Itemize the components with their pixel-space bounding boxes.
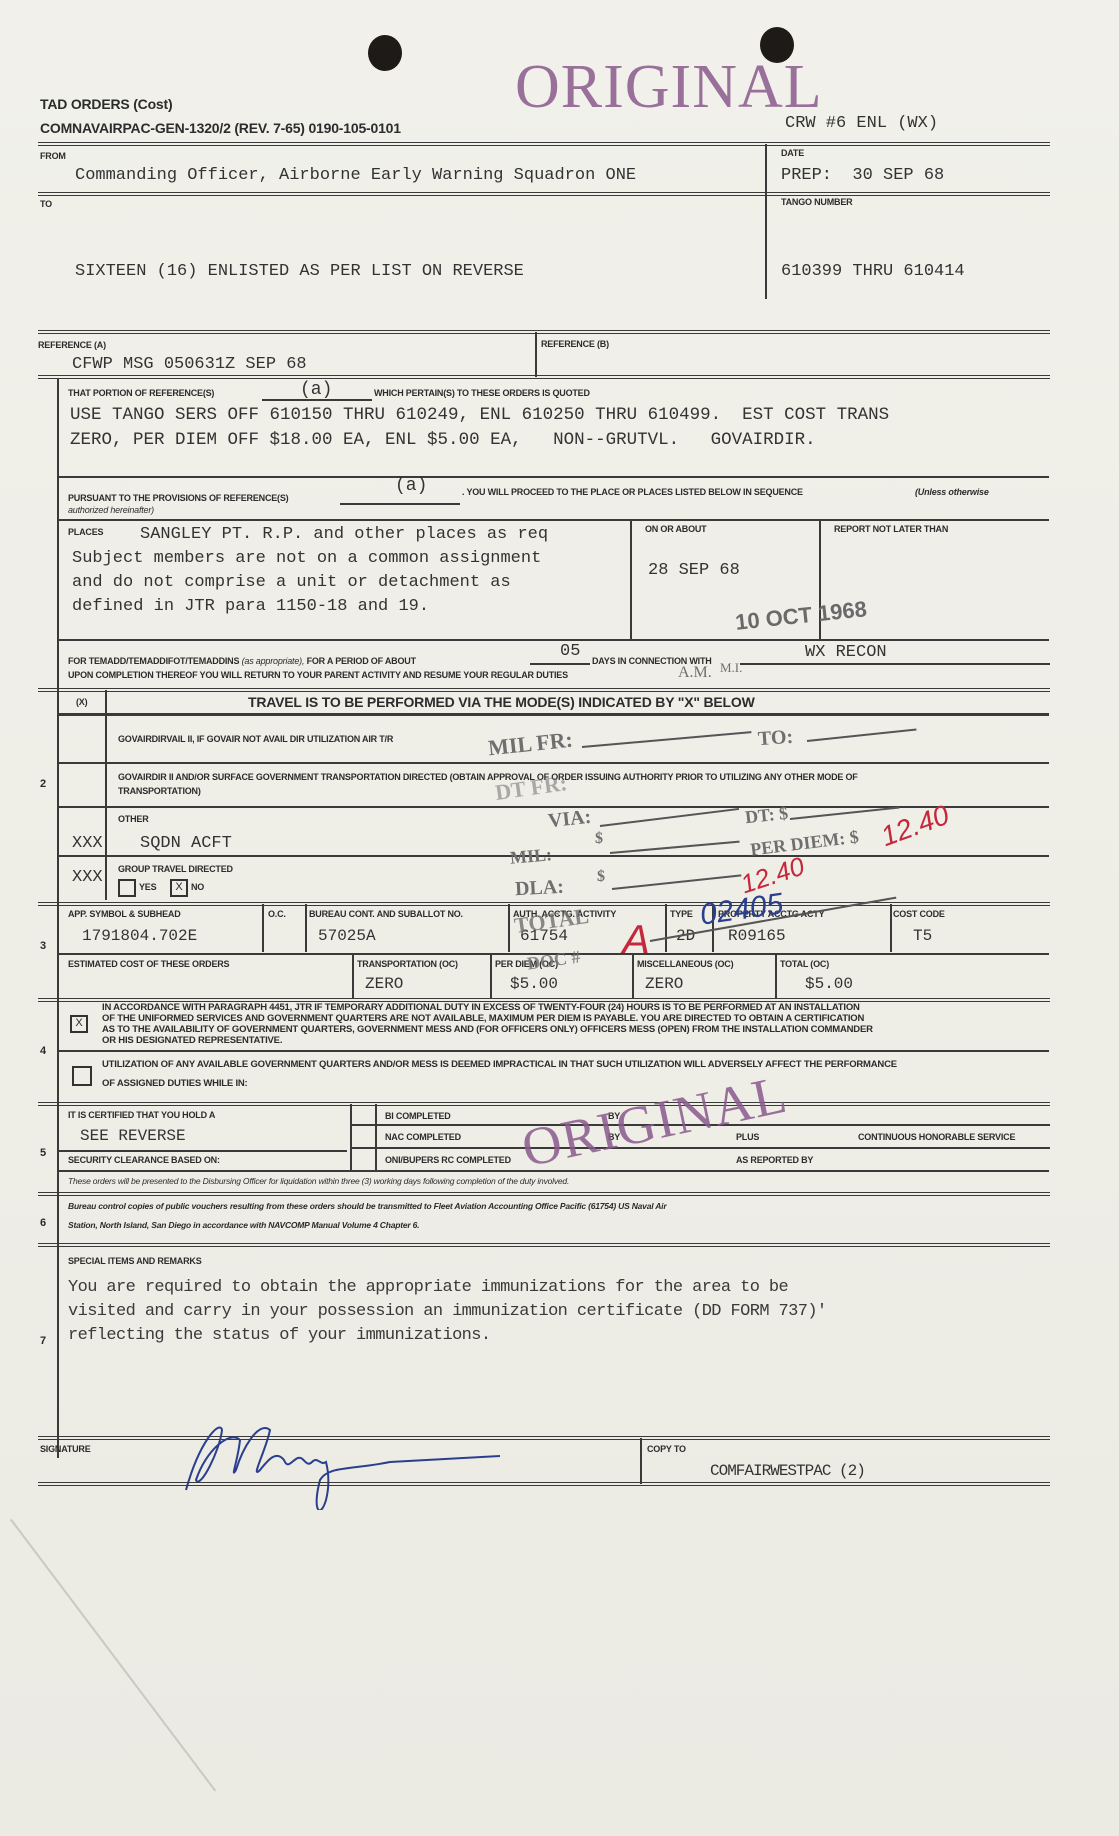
- per-diem-value[interactable]: $5.00: [510, 975, 558, 993]
- transportation-value[interactable]: ZERO: [365, 975, 403, 993]
- cost-code-value[interactable]: T5: [913, 927, 932, 945]
- quoted-line-2: ZERO, PER DIEM OFF $18.00 EA, ENL $5.00 …: [70, 430, 816, 450]
- divider: [57, 762, 1049, 764]
- travel-row-4-label: GROUP TRAVEL DIRECTED: [118, 864, 233, 874]
- property-acctg-value[interactable]: R09165: [728, 927, 786, 945]
- pursuant-label-1: PURSUANT TO THE PROVISIONS OF REFERENCE(…: [68, 493, 288, 503]
- blank-line: [582, 731, 752, 748]
- reference-a-label: REFERENCE (a): [38, 340, 106, 350]
- divider: [57, 476, 1049, 478]
- stamp-dla: DLA:: [514, 876, 564, 902]
- remarks-label: SPECIAL ITEMS AND REMARKS: [68, 1256, 202, 1266]
- portion-label-2: WHICH PERTAIN(S) TO THESE ORDERS IS QUOT…: [374, 388, 590, 398]
- divider: [57, 639, 1049, 641]
- divider: [262, 904, 264, 952]
- group-travel-no-checkbox[interactable]: X: [170, 879, 188, 897]
- form-number: COMNAVAIRPAC-GEN-1320/2 (REV. 7-65) 0190…: [40, 120, 401, 136]
- travel-row-3-label: OTHER: [118, 814, 149, 824]
- travel-heading: TRAVEL IS TO BE PERFORMED VIA THE MODE(S…: [248, 694, 755, 710]
- stamp-mil: MIL:: [509, 844, 553, 869]
- divider: [57, 1150, 347, 1152]
- blank-line: [600, 808, 739, 827]
- divider: [38, 1192, 1050, 1198]
- tango-label: TANGO NUMBER: [781, 197, 852, 207]
- copy-to-value[interactable]: COMFAIRWESTPAC (2): [710, 1462, 865, 1480]
- tango-value[interactable]: 610399 THRU 610414: [781, 262, 965, 281]
- quarters-impractical-checkbox[interactable]: [72, 1066, 92, 1086]
- period-label-1: FOR TEMADD/TEMADDIFOT/TEMADDINS: [68, 656, 239, 666]
- blank-line: [610, 841, 740, 854]
- divider: [535, 332, 537, 377]
- divider: [57, 519, 1049, 521]
- report-not-later-label: REPORT NOT LATER THAN: [834, 524, 948, 534]
- stamp-mil-amount: $: [595, 830, 603, 848]
- divider: [38, 375, 1050, 381]
- quarters-para-1-line-2: OF THE UNIFORMED SERVICES AND GOVERNMENT…: [102, 1013, 864, 1024]
- oni-bupers-label: ONI/BUPERS RC COMPLETED: [385, 1155, 511, 1165]
- blank-line: [612, 874, 741, 890]
- divider: [350, 1147, 1050, 1149]
- stamp-dt: DT: $: [744, 803, 789, 828]
- no-label: NO: [191, 882, 204, 892]
- places-line-2: Subject members are not on a common assi…: [72, 549, 541, 568]
- signature-scribble-icon: [180, 1410, 500, 1510]
- pursuant-label-3: (Unless otherwise: [915, 487, 989, 497]
- punch-hole-left: [368, 35, 402, 71]
- section-number-7: 7: [40, 1335, 46, 1347]
- certified-label: IT IS CERTIFIED THAT YOU HOLD A: [68, 1110, 215, 1120]
- period-label-2: FOR A PERIOD OF ABOUT: [307, 656, 416, 666]
- quarters-para-1-line-4: OR HIS DESIGNATED REPRESENTATIVE.: [102, 1035, 282, 1046]
- pursuant-label-2: . YOU WILL PROCEED TO THE PLACE OR PLACE…: [462, 487, 803, 497]
- bureau-control-line-2: Station, North Island, San Diego in acco…: [68, 1220, 419, 1230]
- type-label: TYPE: [670, 909, 693, 919]
- quarters-para-1-line-3: AS TO THE AVAILABILITY OF GOVERNMENT QUA…: [102, 1024, 873, 1035]
- quarters-para-2-line-2: OF ASSIGNED DUTIES WHILE IN:: [102, 1078, 248, 1089]
- bureau-label: BUREAU CONT. AND SUBALLOT NO.: [309, 909, 463, 919]
- divider: [57, 713, 1049, 716]
- to-value[interactable]: SIXTEEN (16) ENLISTED AS PER LIST ON REV…: [75, 262, 524, 281]
- divider: [57, 1050, 1049, 1052]
- group-travel-yes-checkbox[interactable]: [118, 879, 136, 897]
- section-number-5: 5: [40, 1147, 46, 1159]
- continuous-service-label: CONTINUOUS HONORABLE SERVICE: [858, 1132, 1015, 1142]
- from-value[interactable]: Commanding Officer, Airborne Early Warni…: [75, 166, 636, 185]
- stamp-to: TO:: [757, 726, 794, 751]
- divider: [775, 953, 777, 999]
- period-label: FOR TEMADD/TEMADDIFOT/TEMADDINS (as appr…: [68, 656, 416, 666]
- divider: [350, 1104, 352, 1170]
- quarters-availability-checkbox[interactable]: X: [70, 1015, 88, 1033]
- places-line-3: and do not comprise a unit or detachment…: [72, 573, 511, 592]
- copy-to-label: COPY TO: [647, 1444, 686, 1454]
- quoted-line-1: USE TANGO SERS OFF 610150 THRU 610249, E…: [70, 405, 889, 425]
- est-cost-label: ESTIMATED COST OF THESE ORDERS: [68, 959, 229, 969]
- section-number-3: 3: [40, 940, 46, 952]
- divider: [630, 519, 632, 639]
- reference-a-label-text: REFERENCE (a): [38, 340, 106, 350]
- stamp-dla-amount: $: [597, 868, 605, 886]
- certified-value[interactable]: SEE REVERSE: [80, 1127, 186, 1145]
- crew-note: CRW #6 ENL (WX): [785, 114, 938, 133]
- divider: [38, 192, 1050, 198]
- reference-a-value[interactable]: CFWP MSG 050631Z SEP 68: [72, 355, 307, 374]
- portion-label-1: THAT PORTION OF REFERENCE(S): [68, 388, 214, 398]
- blank-line: [790, 807, 900, 820]
- handwritten-a-mark: A: [622, 916, 650, 964]
- divider: [490, 953, 492, 999]
- divider: [352, 953, 354, 999]
- signature-field[interactable]: [180, 1410, 500, 1510]
- signature-label: SIGNATURE: [40, 1444, 91, 1454]
- divider: [38, 902, 1050, 908]
- stamp-mil-fr: MIL FR:: [487, 727, 574, 762]
- divider: [632, 953, 634, 999]
- divider: [665, 904, 667, 952]
- based-on-label: SECURITY CLEARANCE BASED ON:: [68, 1155, 220, 1165]
- to-label: TO: [40, 199, 52, 209]
- remarks-line-1: You are required to obtain the appropria…: [68, 1276, 827, 1300]
- am-mark: A.M.: [678, 664, 712, 682]
- underline: [740, 663, 1050, 665]
- app-symbol-label: APP. SYMBOL & SUBHEAD: [68, 909, 181, 919]
- portion-ref[interactable]: (a): [300, 380, 332, 400]
- divider: [375, 1104, 377, 1170]
- left-margin-rule: [57, 378, 59, 1458]
- divider: [890, 904, 892, 952]
- travel-row-3-mark[interactable]: XXX: [72, 834, 103, 853]
- app-symbol-value[interactable]: 1791804.702E: [82, 927, 197, 945]
- misc-label: MISCELLANEOUS (oc): [637, 959, 733, 969]
- total-label: TOTAL (oc): [780, 959, 829, 969]
- divider: [765, 144, 767, 299]
- document-page: ORIGINAL TAD ORDERS (Cost) COMNAVAIRPAC-…: [0, 0, 1119, 1836]
- places-line-1[interactable]: SANGLEY PT. R.P. and other places as req: [140, 525, 548, 544]
- cost-code-label: COST CODE: [893, 909, 945, 919]
- liquidation-note: These orders will be presented to the Di…: [68, 1176, 569, 1186]
- total-value[interactable]: $5.00: [805, 975, 853, 993]
- paper-fold-crease: [10, 1519, 216, 1792]
- divider: [508, 904, 510, 952]
- bureau-value[interactable]: 57025A: [318, 927, 376, 945]
- stamp-doc: DOC #: [526, 946, 582, 974]
- handwritten-blue-number: 02405: [698, 887, 785, 932]
- divider: [57, 855, 1049, 857]
- date-label: DATE: [781, 148, 804, 158]
- form-title: TAD ORDERS (Cost): [40, 96, 172, 112]
- quarters-para-1-line-1: IN ACCORDANCE WITH PARAGRAPH 4451, JTR I…: [102, 1002, 860, 1013]
- underline: [340, 503, 460, 505]
- remarks-line-2: visited and carry in your possession an …: [68, 1300, 827, 1324]
- blank-line: [807, 729, 917, 742]
- x-column-label: (X): [76, 697, 87, 707]
- as-reported-by-label: AS REPORTED BY: [736, 1155, 813, 1165]
- travel-row-4-mark[interactable]: XXX: [72, 868, 103, 887]
- from-label: FROM: [40, 151, 66, 161]
- return-label: UPON COMPLETION THEREOF YOU WILL RETURN …: [68, 670, 568, 680]
- travel-row-3-value[interactable]: SQDN ACFT: [140, 834, 232, 853]
- divider: [640, 1438, 642, 1484]
- places-line-4: defined in JTR para 1150-18 and 19.: [72, 597, 429, 616]
- days-value[interactable]: 05: [560, 642, 580, 661]
- underline: [530, 663, 590, 665]
- period-label-1b: (as appropriate),: [242, 656, 305, 666]
- transportation-label: TRANSPORTATION (oc): [357, 959, 458, 969]
- pursuant-label-4: authorized hereinafter): [68, 505, 154, 515]
- divider: [57, 1170, 1049, 1172]
- divider: [38, 1102, 1050, 1108]
- divider: [38, 1482, 1050, 1488]
- section-number-2: 2: [40, 778, 46, 790]
- date-received-stamp: 10 OCT 1968: [734, 596, 868, 636]
- travel-row-2-label-b: TRANSPORTATION): [118, 786, 201, 796]
- oc-label: O.C.: [268, 909, 286, 919]
- bureau-control-line-1: Bureau control copies of public vouchers…: [68, 1201, 666, 1211]
- original-stamp-top: ORIGINAL: [515, 52, 823, 123]
- on-or-about-value[interactable]: 28 SEP 68: [648, 561, 740, 580]
- reference-b-label: REFERENCE (b): [541, 339, 609, 349]
- mi-mark: M.I.: [720, 660, 742, 676]
- remarks-text[interactable]: You are required to obtain the appropria…: [68, 1276, 827, 1348]
- on-or-about-label: ON OR ABOUT: [645, 524, 706, 534]
- divider: [105, 690, 107, 900]
- divider: [38, 330, 1050, 336]
- pursuant-ref[interactable]: (a): [395, 476, 427, 496]
- section-number-4: 4: [40, 1045, 46, 1057]
- misc-value[interactable]: ZERO: [645, 975, 683, 993]
- divider: [305, 904, 307, 952]
- travel-row-2-label: GOVAIRDIR II AND/OR SURFACE GOVERNMENT T…: [118, 772, 858, 782]
- stamp-via: VIA:: [547, 806, 593, 833]
- section-number-6: 6: [40, 1217, 46, 1229]
- bi-completed-label: BI COMPLETED: [385, 1111, 451, 1121]
- remarks-line-3: reflecting the status of your immunizati…: [68, 1324, 827, 1348]
- divider: [57, 806, 1049, 808]
- travel-row-1-label: GOVAIRDIRVAIL II, IF GOVAIR NOT AVAIL DI…: [118, 734, 393, 744]
- divider: [38, 142, 1050, 148]
- yes-label: YES: [139, 882, 156, 892]
- underline: [262, 399, 372, 401]
- nac-completed-label: NAC COMPLETED: [385, 1132, 461, 1142]
- places-label: PLACES: [68, 527, 103, 537]
- date-value[interactable]: PREP: 30 SEP 68: [781, 166, 944, 185]
- connection-value[interactable]: WX RECON: [805, 643, 887, 662]
- divider: [38, 1243, 1050, 1249]
